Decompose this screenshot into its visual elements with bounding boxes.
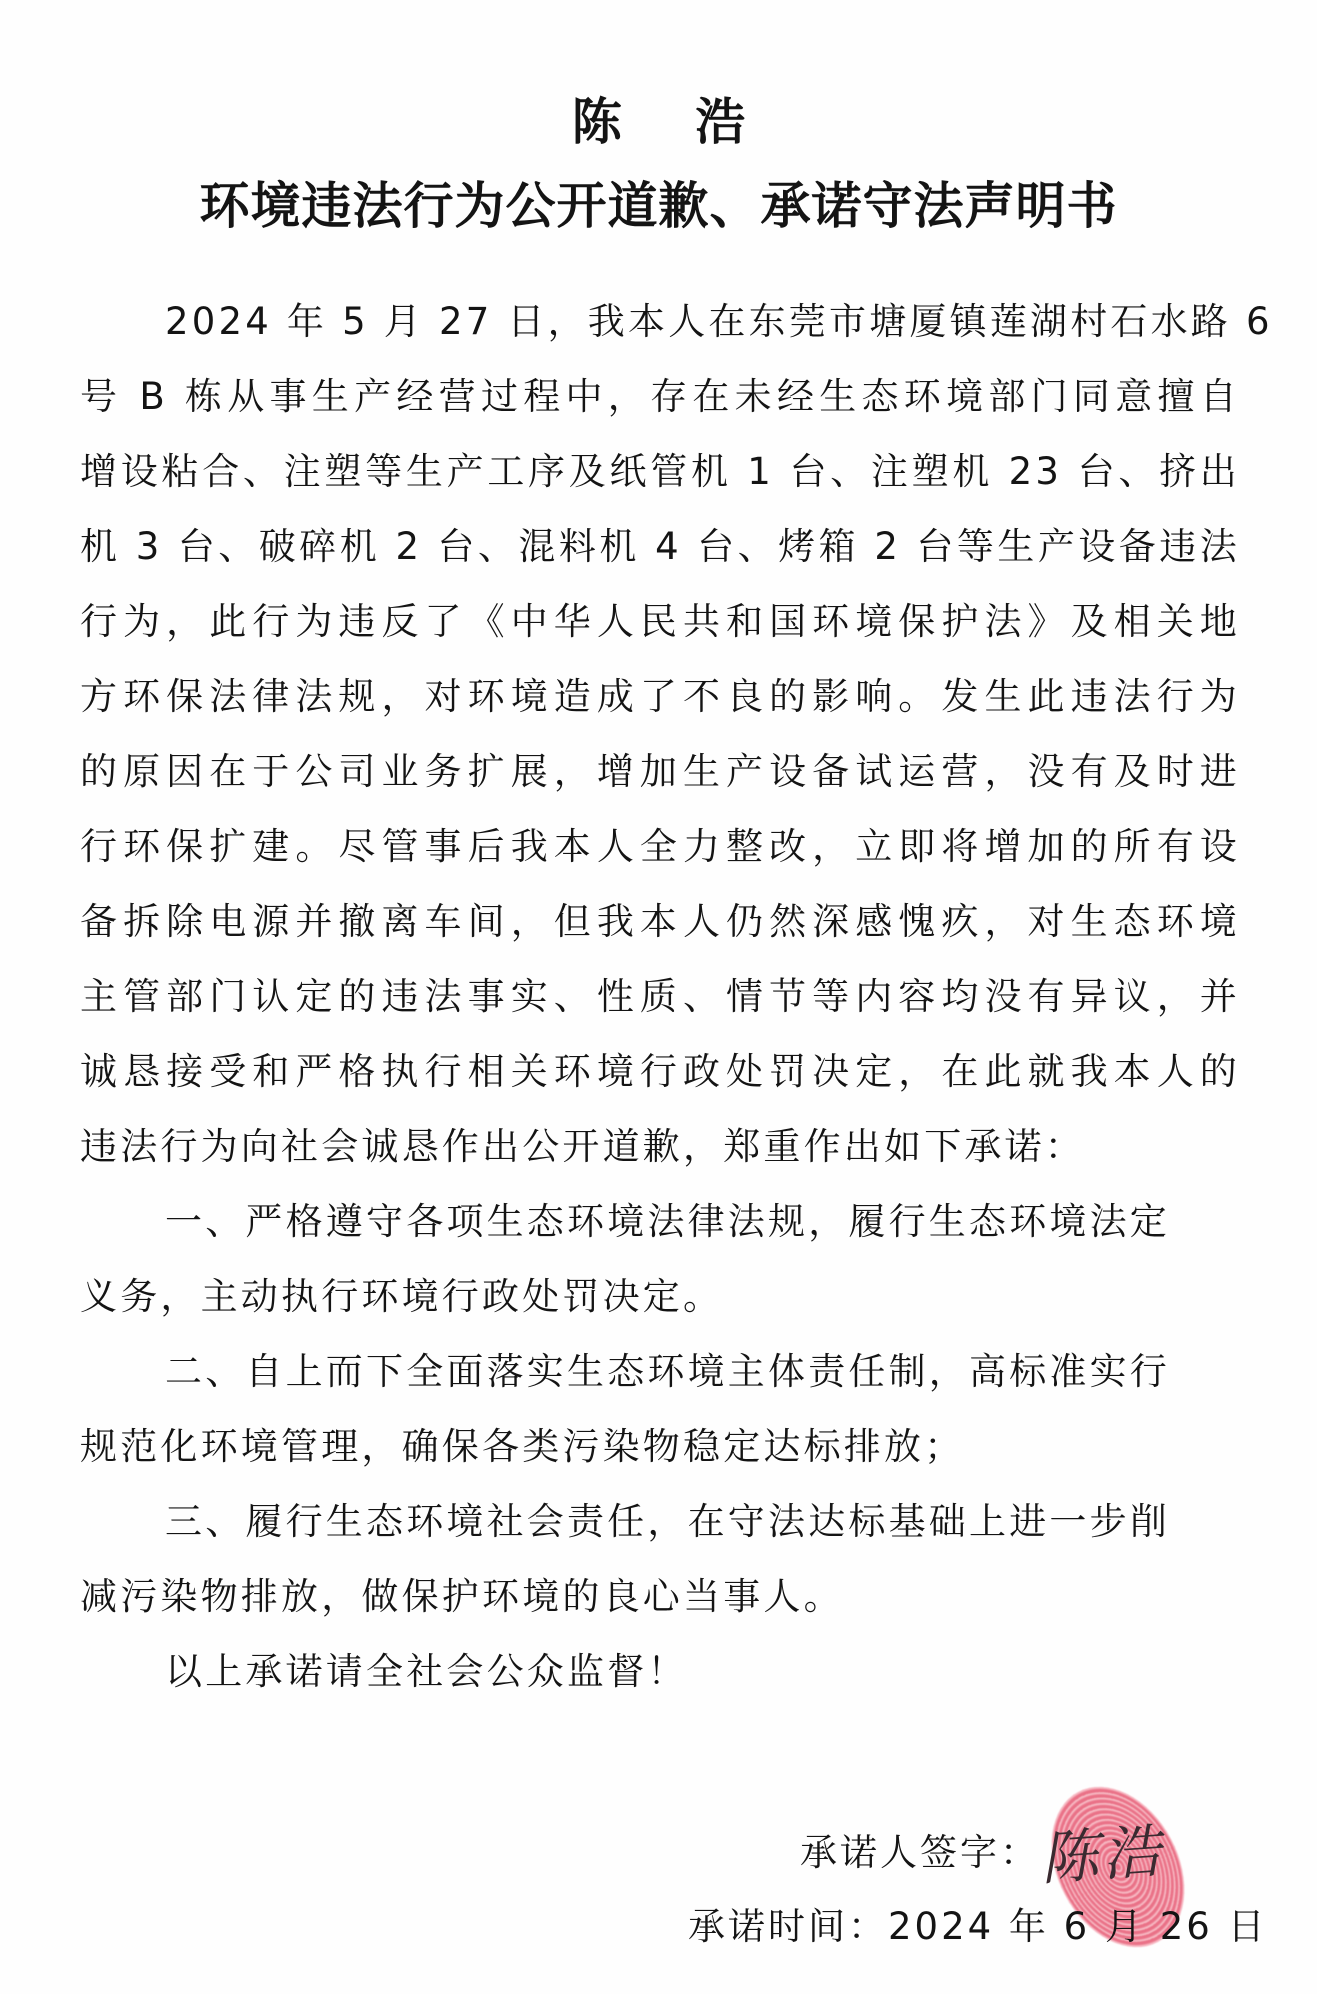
commitment-3-line-2: 减污染物排放，做保护环境的良心当事人。 (80, 1575, 1240, 1619)
statement-document: 陈 浩 环境违法行为公开道歉、承诺守法声明书 2024 年 5 月 27 日，我… (0, 0, 1317, 1994)
body-line-1: 2024 年 5 月 27 日，我本人在东莞市塘厦镇莲湖村石水路 6 (165, 300, 1240, 344)
commitment-1-line-1: 一、严格遵守各项生态环境法律法规，履行生态环境法定 (165, 1200, 1240, 1244)
commitment-3-line-1: 三、履行生态环境社会责任，在守法达标基础上进一步削 (165, 1500, 1240, 1544)
body-line-9: 备拆除电源并撤离车间，但我本人仍然深感愧疚，对生态环境 (80, 900, 1240, 944)
body-line-3: 增设粘合、注塑等生产工序及纸管机 1 台、注塑机 23 台、挤出 (80, 450, 1240, 494)
document-person-name: 陈 浩 (0, 92, 1317, 152)
body-line-11: 诚恳接受和严格执行相关环境行政处罚决定，在此就我本人的 (80, 1050, 1240, 1094)
document-title: 环境违法行为公开道歉、承诺守法声明书 (0, 176, 1317, 236)
commitment-1-line-2: 义务，主动执行环境行政处罚决定。 (80, 1275, 1240, 1319)
body-line-5: 行为，此行为违反了《中华人民共和国环境保护法》及相关地 (80, 600, 1240, 644)
body-line-8: 行环保扩建。尽管事后我本人全力整改，立即将增加的所有设 (80, 825, 1240, 869)
body-line-7: 的原因在于公司业务扩展，增加生产设备试运营，没有及时进 (80, 750, 1240, 794)
body-line-2: 号 B 栋从事生产经营过程中，存在未经生态环境部门同意擅自 (80, 375, 1240, 419)
signature-label: 承诺人签字： (800, 1831, 1040, 1875)
body-line-6: 方环保法律法规，对环境造成了不良的影响。发生此违法行为 (80, 675, 1240, 719)
commitment-2-line-2: 规范化环境管理，确保各类污染物稳定达标排放； (80, 1425, 1240, 1469)
body-line-10: 主管部门认定的违法事实、性质、情节等内容均没有异议，并 (80, 975, 1240, 1019)
commitment-2-line-1: 二、自上而下全面落实生态环境主体责任制，高标准实行 (165, 1350, 1240, 1394)
body-line-12: 违法行为向社会诚恳作出公开道歉，郑重作出如下承诺： (80, 1125, 1240, 1169)
closing-statement: 以上承诺请全社会公众监督！ (165, 1650, 1240, 1694)
handwritten-signature: 陈浩 (1037, 1804, 1167, 1896)
signature-date: 承诺时间：2024 年 6 月 26 日 (688, 1905, 1268, 1949)
body-line-4: 机 3 台、破碎机 2 台、混料机 4 台、烤箱 2 台等生产设备违法 (80, 525, 1240, 569)
